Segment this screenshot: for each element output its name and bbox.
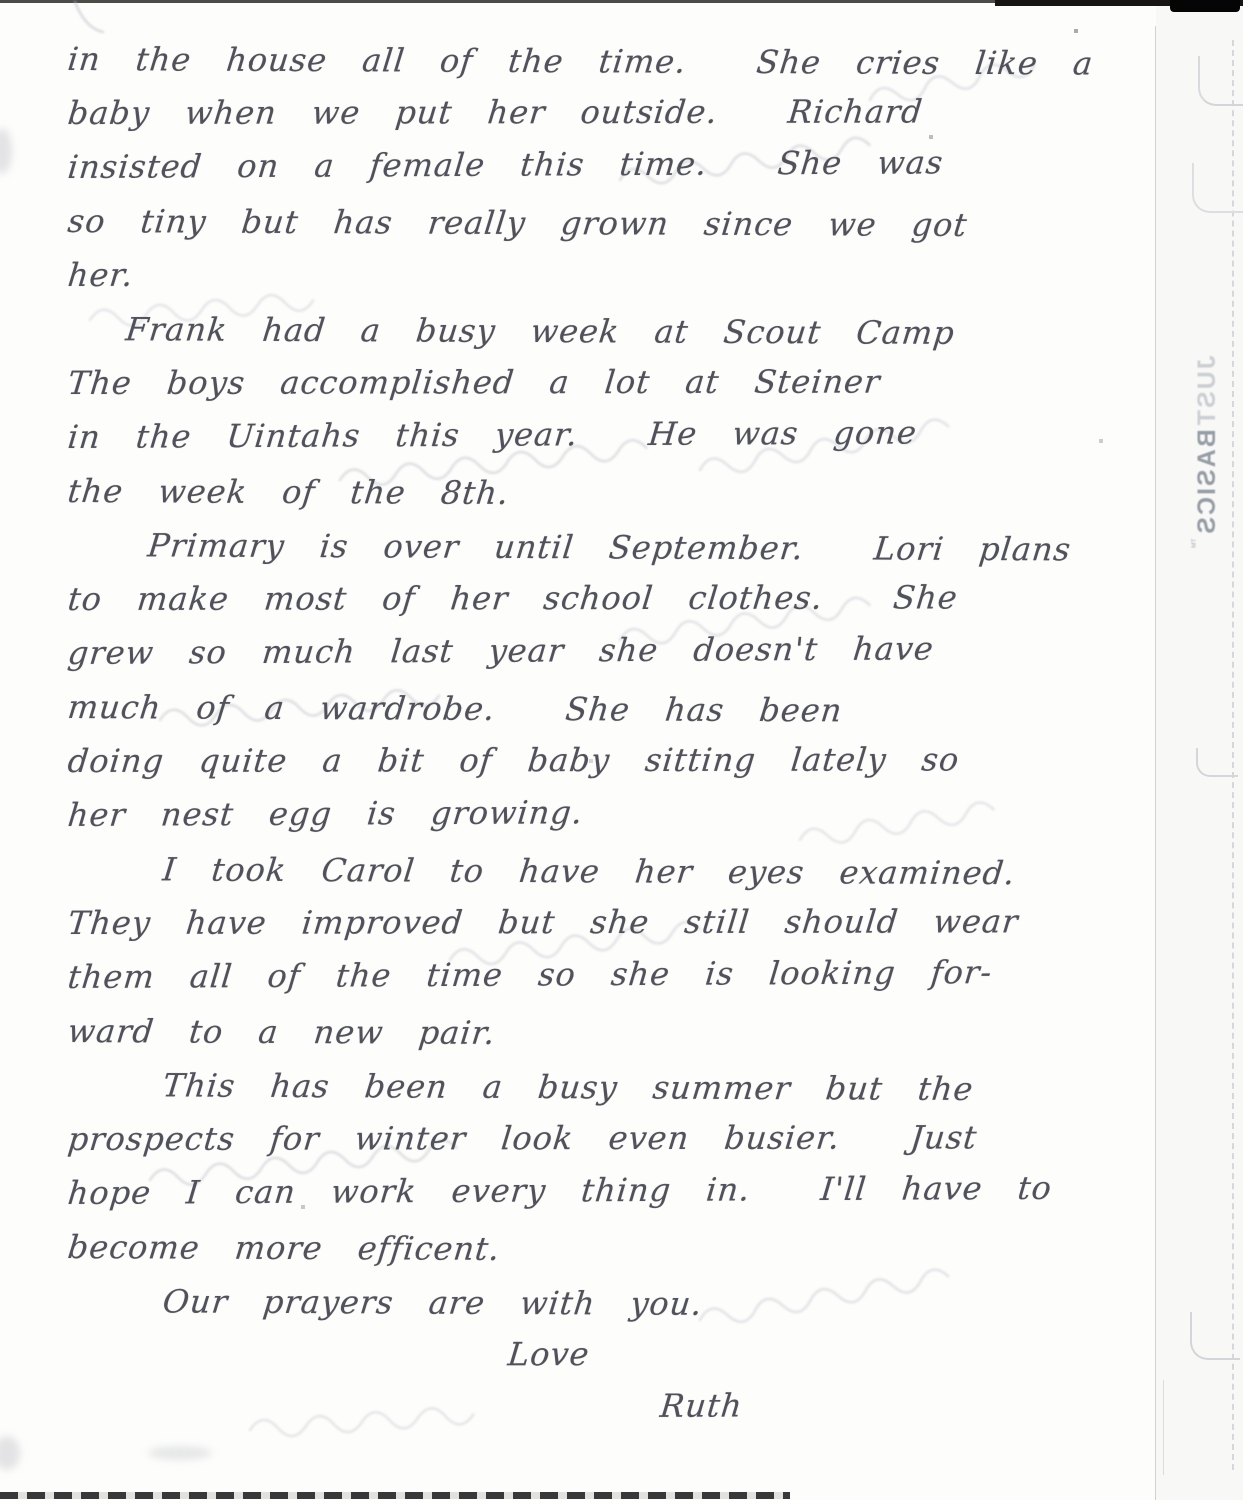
handwriting-line: baby when we put her outside. Richard [65, 84, 1101, 140]
brand-basics-label: BASICS [1193, 429, 1222, 535]
letter-page: in the house all of the time. She cries … [0, 0, 1243, 1500]
handwriting-line: I took Carol to have her eyes examined. [65, 842, 1100, 900]
handwriting-line: in the house all of the time. She cries … [65, 32, 1100, 90]
handwriting-line: They have improved but she still should … [65, 894, 1101, 950]
closing-sentence: Our prayers are with you. [65, 1274, 1100, 1332]
handwriting-line: so tiny but has really grown since we go… [65, 194, 1100, 252]
handwriting-line: her. [65, 246, 1101, 302]
letter-paragraph: I took Carol to have her eyes examined. … [68, 842, 1098, 1058]
handwriting-line: Frank had a busy week at Scout Camp [65, 302, 1100, 360]
letter-paragraph: Frank had a busy week at Scout Camp The … [68, 302, 1098, 518]
signature: Ruth [65, 1377, 1101, 1436]
handwriting-line: much of a wardrobe. She has been [65, 680, 1100, 738]
valediction: Love [65, 1326, 1101, 1382]
handwriting-line: This has been a busy summer but the [65, 1058, 1100, 1116]
handwriting-line: the week of the 8th. [65, 464, 1100, 522]
trademark-symbol: ™ [1190, 538, 1202, 551]
handwriting-line: Primary is over until September. Lori pl… [65, 518, 1100, 576]
handwriting-line: insisted on a female this time. She was [65, 135, 1101, 194]
handwriting-line: The boys accomplished a lot at Steiner [65, 354, 1101, 410]
letter-closing: Our prayers are with you. Love Ruth [68, 1274, 1098, 1436]
handwriting-line: hope I can work every thing in. I'll hav… [65, 1161, 1101, 1220]
letter-body: in the house all of the time. She cries … [68, 32, 1098, 1436]
letter-paragraph: Primary is over until September. Lori pl… [68, 518, 1098, 842]
handwriting-line: prospects for winter look even busier. J… [65, 1110, 1101, 1166]
brand-watermark: JUSTBASICS™ [1186, 353, 1228, 553]
brand-watermark-text: JUSTBASICS™ [1186, 353, 1228, 553]
handwriting-line: her nest egg is growing. [65, 783, 1101, 842]
handwriting-line: in the Uintahs this year. He was gone [65, 405, 1101, 464]
brand-just-label: JUST [1193, 355, 1222, 427]
handwriting-line: become more efficent. [65, 1220, 1100, 1278]
letter-paragraph: in the house all of the time. She cries … [68, 32, 1098, 302]
handwriting-line: grew so much last year she doesn't have [65, 621, 1101, 680]
handwriting-line: ward to a new pair. [65, 1004, 1100, 1062]
letter-paragraph: This has been a busy summer but the pros… [68, 1058, 1098, 1274]
handwriting-line: doing quite a bit of baby sitting lately… [65, 732, 1101, 788]
handwriting-line: them all of the time so she is looking f… [65, 945, 1101, 1004]
handwriting-line: to make most of her school clothes. She [65, 570, 1101, 626]
